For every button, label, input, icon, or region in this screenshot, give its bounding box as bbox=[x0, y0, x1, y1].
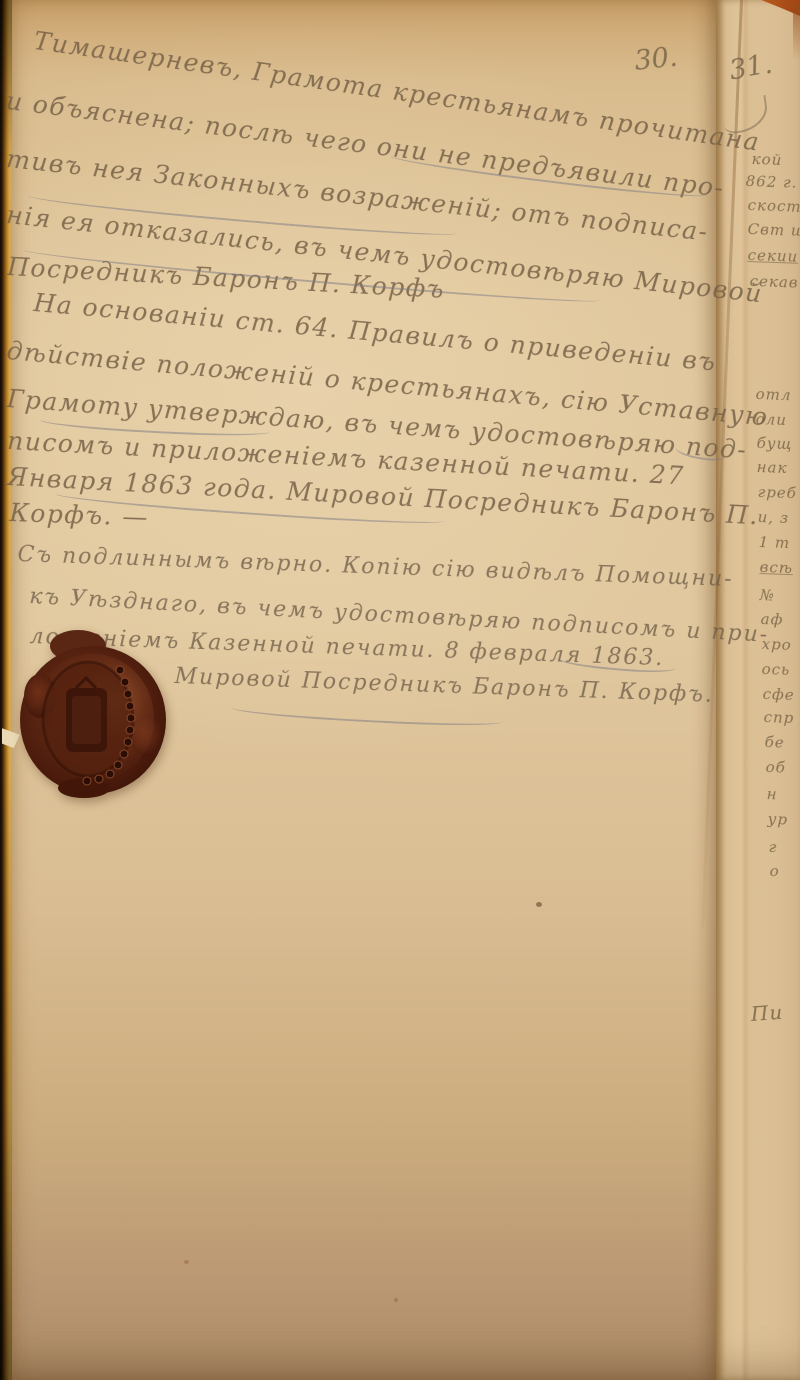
red-wax-seal bbox=[14, 626, 172, 798]
ink-speck bbox=[184, 1260, 189, 1264]
margin-fragment: об bbox=[765, 758, 786, 777]
margin-fragment: ур bbox=[767, 810, 788, 829]
margin-fragment: аф bbox=[760, 610, 783, 629]
margin-fragment: греб bbox=[757, 483, 797, 502]
margin-fragment: о bbox=[769, 862, 780, 880]
margin-fragment: всѣ bbox=[759, 558, 793, 577]
archival-photo: 30. 31. Тимашерневъ, Грамота крестьянамъ… bbox=[0, 0, 800, 1380]
ink-speck bbox=[394, 1298, 398, 1302]
margin-fragment: кой bbox=[751, 150, 782, 169]
ink-speck bbox=[536, 902, 542, 907]
margin-fragment: Свт ши bbox=[747, 220, 800, 240]
margin-fragment: н bbox=[766, 785, 778, 803]
margin-fragment: 862 г. bbox=[745, 172, 797, 192]
margin-fragment: ось bbox=[761, 660, 790, 679]
margin-fragment: и, з bbox=[757, 508, 789, 527]
margin-fragment: сфе bbox=[762, 685, 795, 704]
margin-fragment: оли bbox=[755, 410, 787, 429]
margin-fragment: скости bbox=[747, 196, 800, 216]
margin-fragment: № bbox=[759, 586, 775, 605]
margin-fragment: спр bbox=[763, 708, 794, 727]
margin-fragment: отл bbox=[755, 385, 791, 404]
cover-edge-sliver bbox=[793, 6, 800, 60]
margin-fragment: хро bbox=[761, 635, 792, 654]
margin-fragment: 1 т bbox=[758, 533, 790, 552]
margin-fragment: бущ bbox=[756, 434, 792, 453]
margin-fragment: нак bbox=[756, 458, 787, 477]
margin-fragment: секав bbox=[749, 272, 799, 292]
margin-fragment: секии bbox=[747, 246, 798, 266]
margin-fragment: бе bbox=[764, 733, 785, 752]
page-number-left: 30. bbox=[633, 42, 679, 77]
margin-fragment: г bbox=[768, 838, 777, 856]
margin-fragment: Пи bbox=[750, 1000, 784, 1026]
